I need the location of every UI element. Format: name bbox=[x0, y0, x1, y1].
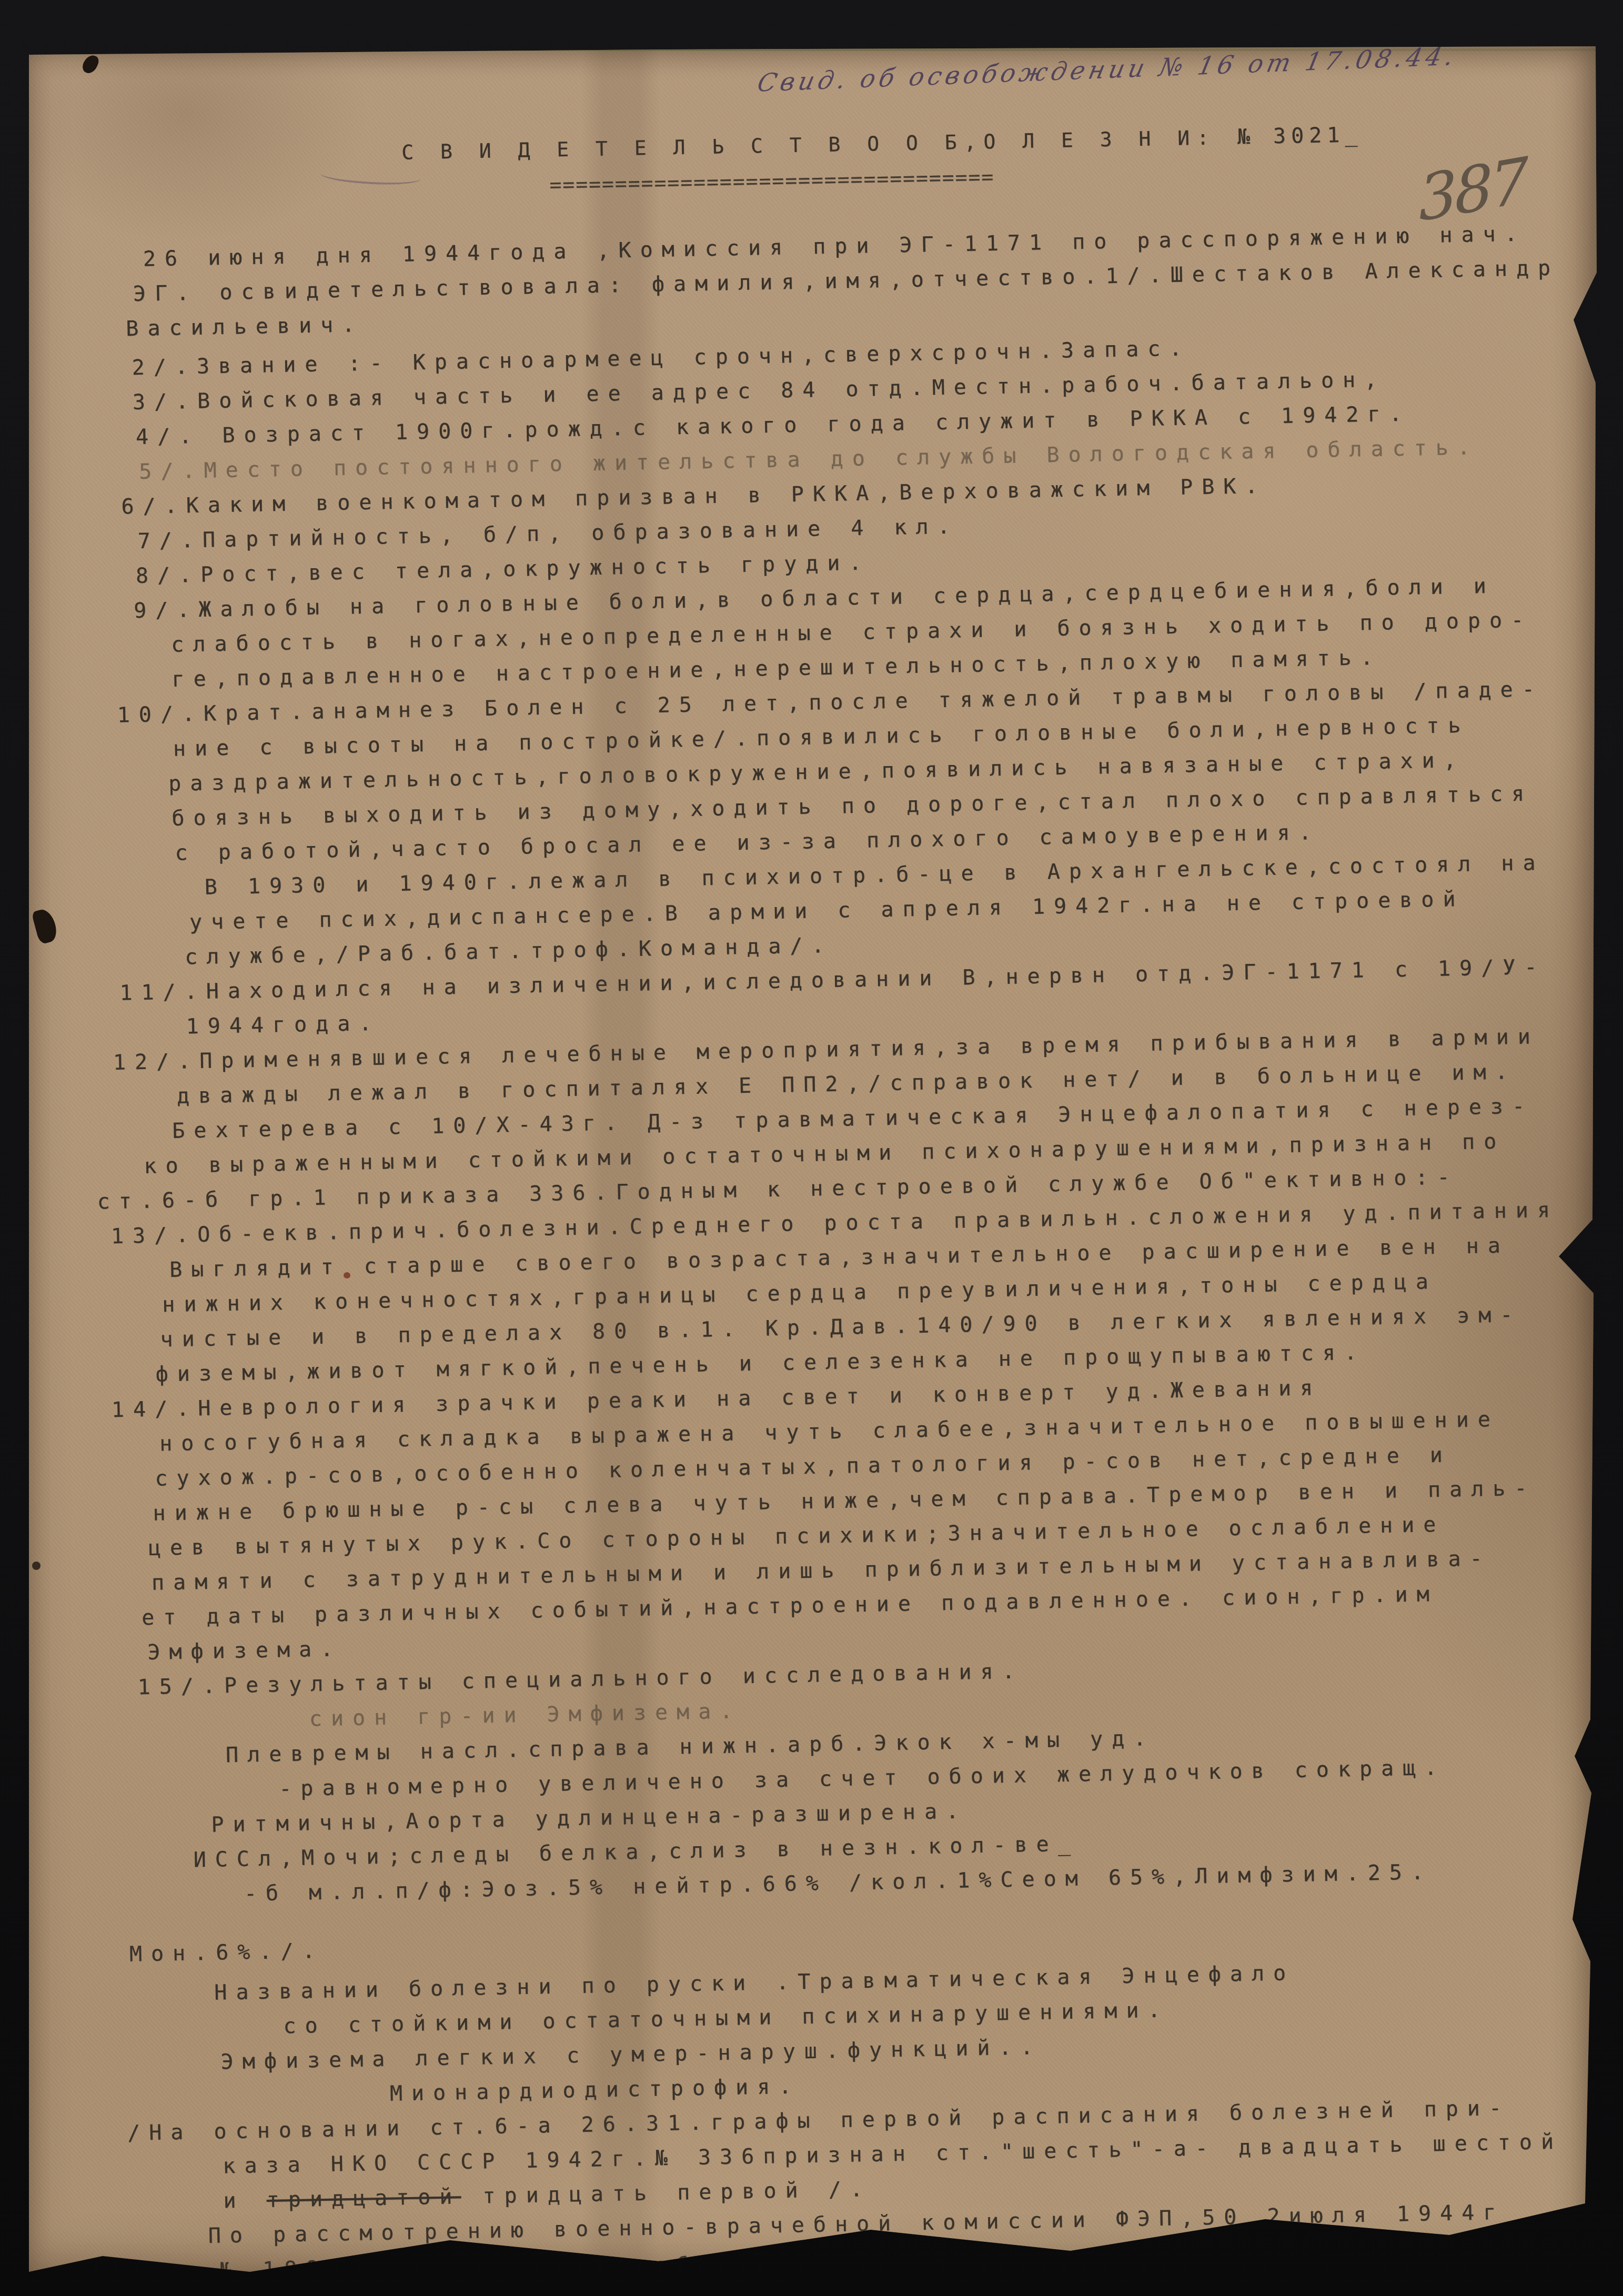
paper-speck bbox=[32, 1562, 41, 1570]
red-speck bbox=[344, 1272, 350, 1278]
certificate-title: С В И Д Е Т Е Л Ь С Т В О О Б,О Л Е З Н … bbox=[401, 126, 1216, 164]
screenshot-root: { "scan": { "handwritten_note": "Свид. о… bbox=[0, 0, 1623, 2296]
scan-background: Свид. об освобождении № 16 от 17.08.44. … bbox=[0, 0, 1623, 2296]
certificate-title-row: С В И Д Е Т Е Л Ь С Т В О О Б,О Л Е З Н … bbox=[401, 123, 1363, 164]
document-body: 26 июня дня 1944года ,Комиссия при ЭГ-11… bbox=[29, 215, 1623, 2294]
typed-text-block: С В И Д Е Т Е Л Ь С Т В О О Б,О Л Е З Н … bbox=[26, 19, 1623, 2279]
certificate-number: № 3021_ bbox=[1237, 123, 1363, 149]
document-paper: Свид. об освобождении № 16 от 17.08.44. … bbox=[29, 46, 1597, 2277]
title-underline: ================================== bbox=[549, 165, 995, 196]
